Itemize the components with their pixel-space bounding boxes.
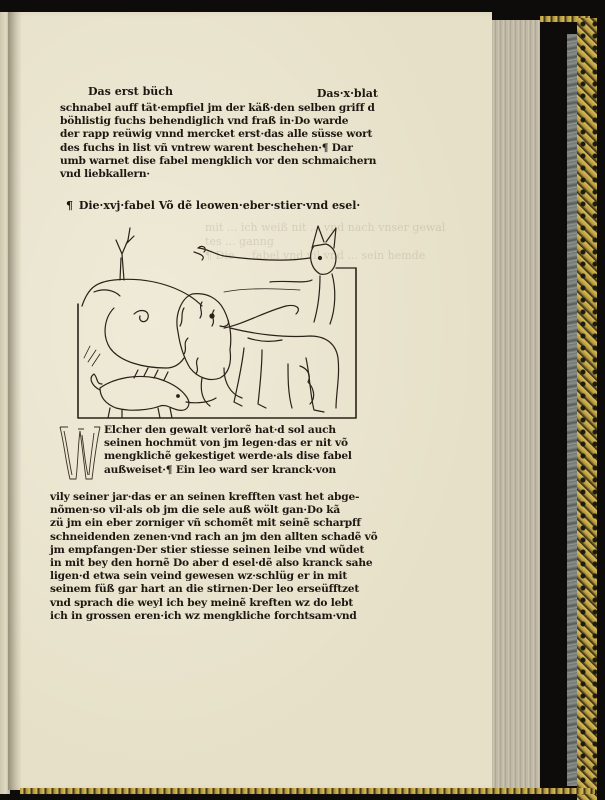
fable-heading: ¶ Die·xvj·fabel Võ dẽ leowen·eber·stier·… [66,199,360,212]
text-line: seinen hochmüt von jm legen·das er nit v… [60,437,380,450]
text-line: schneidenden zenen·vnd rach an jm den al… [50,531,380,544]
text-line: Elcher den gewalt verlorẽ hat·d sol auch [60,424,380,437]
woodcut-illustration [74,218,360,422]
text-line: seinem füß gar hart an die stirnen·Der l… [50,583,380,596]
text-line: umb warnet dise fabel mengklich vor den … [60,155,380,168]
fable-moral-paragraph: Elcher den gewalt verlorẽ hat·d sol auch… [60,424,380,477]
lion-figure [105,294,298,406]
text-line: ich in grossen eren·ich wz mengkliche fo… [50,610,380,623]
text-line: in mit bey den hornẽ Do aber d esel·dẽ a… [50,557,380,570]
text-line: der rapp reüwig vnnd mercket erst·das al… [60,128,380,141]
text-line: mengklichẽ gekestiget werde·als dise fab… [60,450,380,463]
fore-edge-pages [492,20,540,790]
woodcut-frame [78,268,356,418]
gilt-cover-board [577,18,597,800]
pilcrow-icon: ¶ [66,199,73,212]
text-line: vnd liebkallern· [60,168,380,181]
gilt-cover-bottom [20,788,595,794]
tree-on-hill-figure [82,228,202,306]
text-line: jm empfangen·Der stier stiesse seinen le… [50,544,380,557]
text-line: außweiset·¶ Ein leo ward ser kranck·von [60,464,380,477]
text-line: vily seiner jar·das er an seinen kreffte… [50,491,380,504]
top-paragraph: schnabel auff tät·empfiel jm der käß·den… [60,102,380,181]
gutter-shadow [8,12,22,790]
book-scan: mit ... ich weiß nit ... vnd nach vnser … [0,0,605,800]
text-line: schnabel auff tät·empfiel jm der käß·den… [60,102,380,115]
marbled-endpaper [567,34,577,786]
text-line: zü jm ein eber zorniger vñ schomẽt mit s… [50,517,380,530]
donkey-figure [194,226,336,324]
running-head: Das erst büch Das·x·blat [88,85,378,101]
text-line: des fuchs in list vñ vntrew warent besch… [60,142,380,155]
fable-title: Die·xvj·fabel Võ dẽ leowen·eber·stier·vn… [79,199,360,212]
text-line: vnd sprach die weyl ich bey meinẽ krefte… [50,597,380,610]
running-head-left: Das erst büch [88,85,173,98]
text-line: ligen·d etwa sein veind gewesen wz·schlü… [50,570,380,583]
fable-body-paragraph: vily seiner jar·das er an seinen kreffte… [50,491,380,623]
text-line: nõmen·so vil·als ob jm die sele auß wölt… [50,504,380,517]
text-line: böhlistig fuchs behendiglich vnd fraß in… [60,115,380,128]
folio-number: Das·x·blat [317,87,378,100]
bull-figure [230,328,339,412]
